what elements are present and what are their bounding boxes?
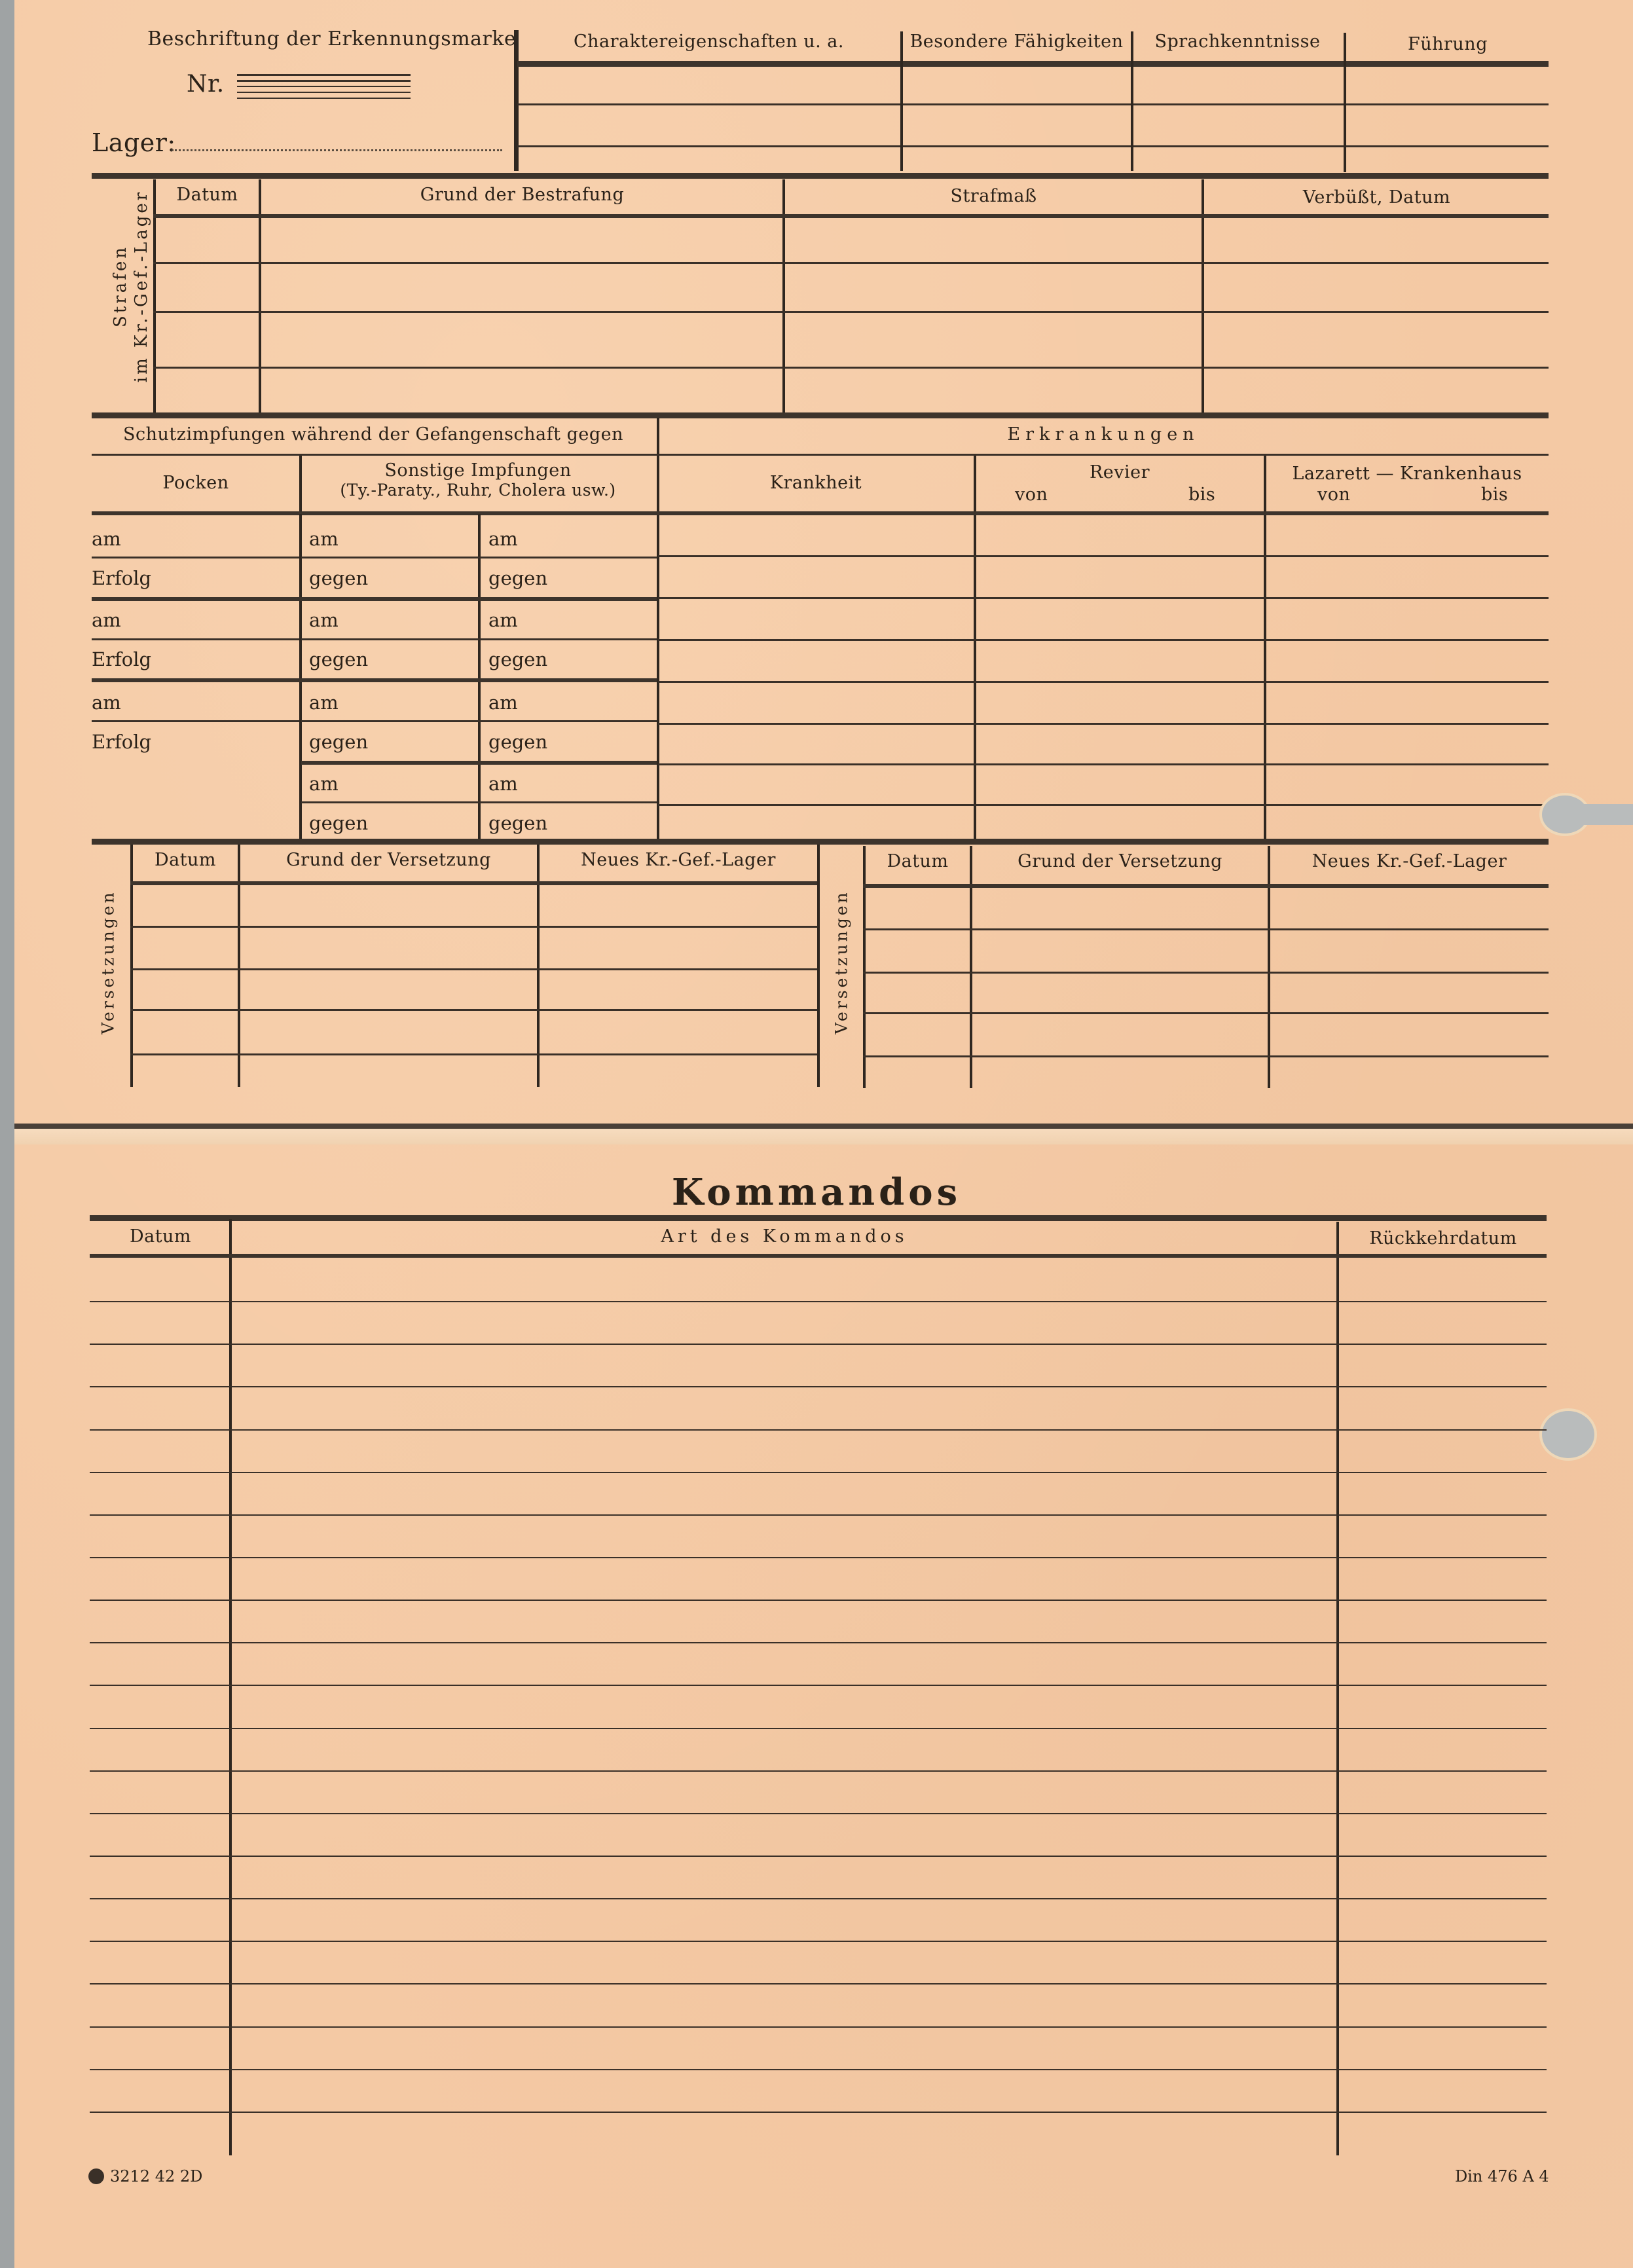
- col-header-languages: Sprachkenntnisse: [1133, 31, 1342, 52]
- print-code: 3212 42 2D: [110, 2167, 202, 2186]
- transfers-side-label: Versetzungen: [832, 871, 851, 1054]
- punishments-col-date: Datum: [156, 185, 259, 205]
- transfers-col-new-camp: Neues Kr.-Gef.-Lager: [540, 850, 817, 870]
- punishments-col-served: Verbüßt, Datum: [1205, 187, 1549, 208]
- divider: [92, 454, 1549, 456]
- header-input-cells[interactable]: [517, 65, 1549, 170]
- printer-mark-icon: [88, 2168, 104, 2184]
- illnesses-col-illness: Krankheit: [658, 473, 974, 493]
- vaccinations-col-other: Sonstige Impfungen (Ty.-Paraty., Ruhr, C…: [301, 460, 655, 500]
- divider: [90, 1254, 1547, 1258]
- section-divider: [92, 412, 1549, 418]
- transfers-col-date: Datum: [866, 851, 970, 871]
- tag-inscription-label: Beschriftung der Erkennungsmarke: [147, 27, 514, 50]
- illnesses-col-infirmary: Revier: [976, 462, 1264, 483]
- punishments-table-body[interactable]: [156, 219, 1549, 412]
- camp-label: Lager:: [92, 128, 176, 157]
- transfers-table-body-left[interactable]: [133, 885, 817, 1086]
- commands-table-body[interactable]: [92, 1258, 1547, 2154]
- vaccinations-title: Schutzimpfungen während der Gefangenscha…: [92, 424, 655, 445]
- transfers-col-reason: Grund der Versetzung: [240, 850, 537, 870]
- infirmary-from-label: von: [1015, 485, 1048, 505]
- transfers-side-label: Versetzungen: [99, 871, 118, 1054]
- illnesses-table-body[interactable]: [658, 514, 1549, 840]
- col-header-abilities: Besondere Fähigkeiten: [904, 31, 1129, 52]
- camp-field[interactable]: [172, 149, 502, 151]
- illnesses-col-hospital: Lazarett — Krankenhaus: [1266, 464, 1549, 484]
- transfers-col-reason: Grund der Versetzung: [972, 851, 1268, 871]
- divider: [153, 214, 1549, 218]
- punishments-side-label: Strafen im Kr.-Gef.-Lager: [110, 181, 152, 391]
- infirmary-to-label: bis: [1188, 485, 1215, 505]
- commands-col-date: Datum: [92, 1226, 229, 1247]
- punishments-col-reason: Grund der Bestrafung: [262, 185, 782, 205]
- hospital-to-label: bis: [1481, 485, 1508, 505]
- commands-title: Kommandos: [0, 1171, 1633, 1214]
- commands-col-return-date: Rückkehrdatum: [1340, 1228, 1547, 1249]
- vaccinations-col-smallpox: Pocken: [92, 473, 300, 493]
- illnesses-title: Erkrankungen: [658, 424, 1549, 445]
- col-header-conduct: Führung: [1346, 34, 1549, 54]
- scan-edge: [0, 0, 14, 2268]
- col-header-character: Charaktereigenschaften u. a.: [517, 31, 900, 52]
- din-label: Din 476 A 4: [1455, 2167, 1549, 2186]
- transfers-col-date: Datum: [133, 850, 238, 870]
- hospital-from-label: von: [1317, 485, 1350, 505]
- number-label: Nr.: [187, 71, 225, 98]
- vaccinations-table-body[interactable]: [92, 514, 657, 840]
- commands-col-type: Art des Kommandos: [232, 1226, 1336, 1247]
- transfers-table-body-right[interactable]: [866, 888, 1549, 1087]
- fold-line: [14, 1124, 1633, 1129]
- fold-crease: [14, 1127, 1633, 1144]
- punch-hole-tear: [1571, 804, 1633, 825]
- section-divider: [92, 173, 1549, 179]
- divider: [817, 845, 820, 1087]
- transfers-col-new-camp: Neues Kr.-Gef.-Lager: [1270, 851, 1549, 871]
- punch-hole: [1542, 1411, 1594, 1458]
- section-divider: [92, 839, 1549, 845]
- section-divider: [90, 1215, 1547, 1221]
- punishments-col-sentence: Strafmaß: [786, 186, 1202, 206]
